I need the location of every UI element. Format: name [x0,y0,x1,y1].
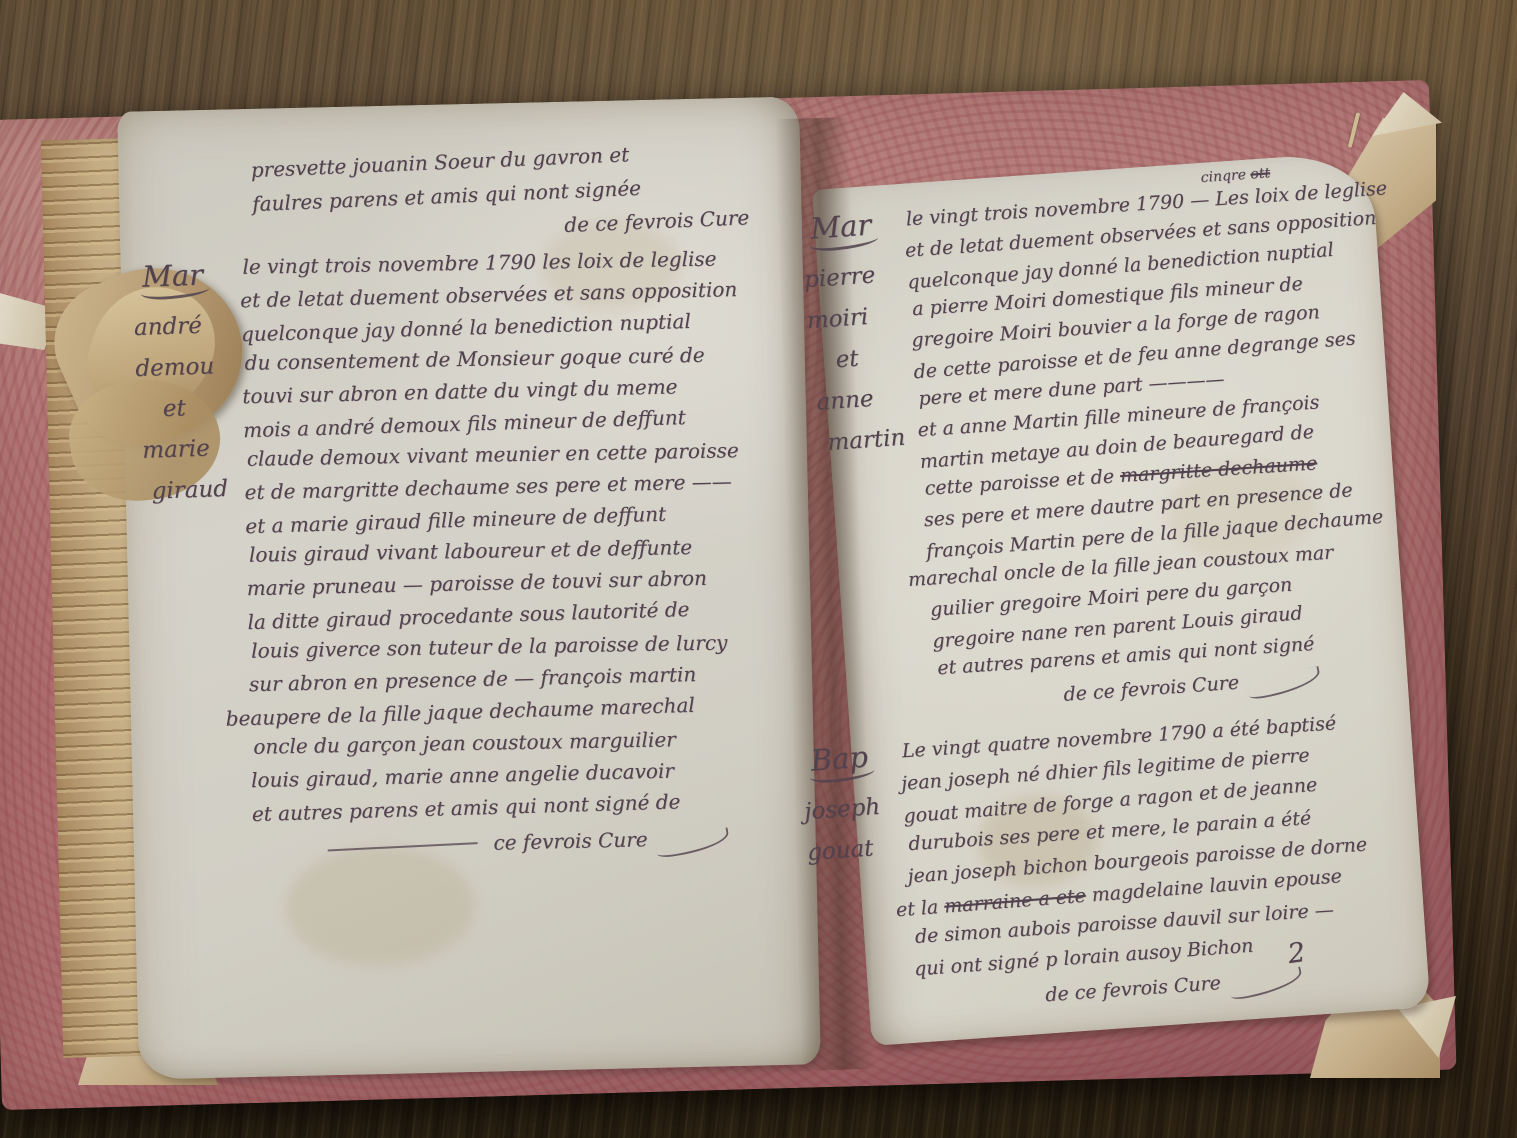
photo-scene: presvette jouanin Soeur du gavron etfaul… [0,0,1517,1138]
record-body: le vingt trois novembre 1790 les loix de… [239,240,804,828]
margin-label-mar: Mar [142,258,204,294]
record-body: le vingt trois novembre 1790 — Les loix … [902,170,1446,685]
handwriting-line: andré [133,304,254,349]
record-body: Le vingt quatre novembre 1790 a été bapt… [898,702,1430,985]
margin-label-bap: Bap [810,740,869,778]
handwriting-line: marie [142,427,259,472]
margin-label-mar: Mar [809,208,872,246]
marriage-record-right: cinqre ott le vingt trois novembre 1790 … [902,170,1449,718]
handwriting-line: demou [135,345,256,390]
baptism-record: Le vingt quatre novembre 1790 a été bapt… [898,702,1432,1020]
marriage-record-left: le vingt trois novembre 1790 les loix de… [239,240,805,864]
